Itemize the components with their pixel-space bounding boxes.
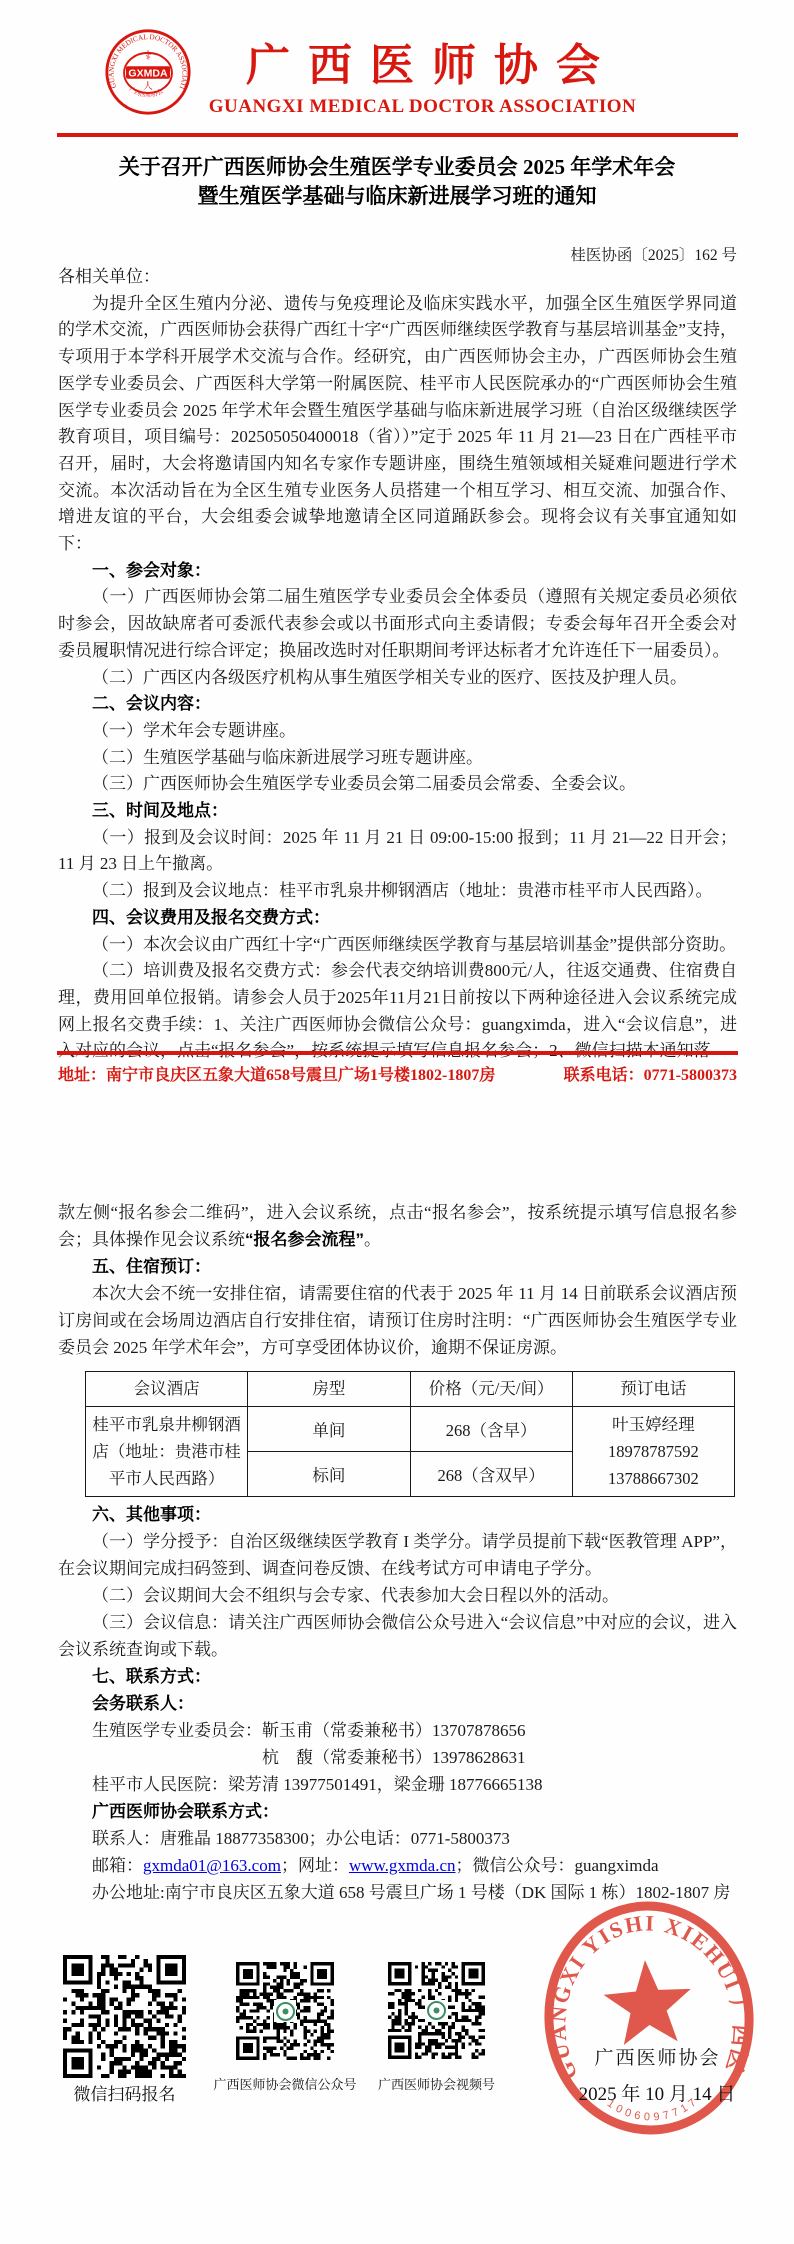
page2-body: 款左侧“报名参会二维码”，进入会议系统，点击“报名参会”，按系统提示填写信息报名… (58, 1199, 737, 1906)
section7-heading: 七、联系方式： (58, 1663, 737, 1690)
section6-item2: （二）会议期间大会不组织与会专家、代表参加大会日程以外的活动。 (58, 1582, 737, 1609)
section4-item2-part1: （二）培训费及报名交费方式：参会代表交纳培训费800元/人，往返交通费、住宿费自… (58, 958, 737, 1065)
contact-line3: 桂平市人民医院：梁芳清 13977501491，梁金珊 18776665138 (58, 1771, 737, 1798)
footer-divider (57, 1051, 738, 1055)
section5-paragraph: 本次大会不统一安排住宿，请需要住宿的代表于 2025 年 11 月 14 日前联… (58, 1280, 737, 1361)
table-header-row: 会议酒店 房型 价格（元/天/间） 预订电话 (86, 1372, 735, 1407)
qr-code-signup (63, 1955, 186, 2078)
section5-heading: 五、住宿预订： (58, 1253, 737, 1280)
contact-line4: 联系人：唐雅晶 18877358300；办公电话：0771-5800373 (58, 1825, 737, 1852)
section6-heading: 六、其他事项： (58, 1501, 737, 1528)
section6-item1: （一）学分授予：自治区级继续医学教育 I 类学分。请学员提前下载“医教管理 AP… (58, 1528, 737, 1582)
footer-address: 地址：南宁市良庆区五象大道658号震旦广场1号楼1802-1807房 (58, 1062, 495, 1085)
contact-sub2: 广西医师协会联系方式： (58, 1798, 737, 1825)
contact-line1: 生殖医学专业委员会：靳玉甫（常委兼秘书）13707878656 (58, 1717, 737, 1744)
caduceus-icon: ⚕ (145, 49, 152, 63)
booking-phone-cell: 叶玉婷经理 18978787592 13788667302 (572, 1407, 734, 1497)
logo-acronym: GXMDA (128, 67, 168, 79)
signature-org: 广西医师协会 (555, 2043, 760, 2070)
hotel-table: 会议酒店 房型 价格（元/天/间） 预订电话 桂平市乳泉井柳钢酒店（地址：贵港市… (85, 1371, 735, 1497)
website-label: ；网址： (281, 1856, 349, 1875)
section3-item1: （一）报到及会议时间：2025 年 11 月 21 日 09:00-15:00 … (58, 825, 737, 878)
table-row: 桂平市乳泉井柳钢酒店（地址：贵港市桂平市人民西路） 单间 268（含早） 叶玉婷… (86, 1407, 735, 1452)
col-header-room-type: 房型 (248, 1372, 410, 1407)
qr-code-video-channel (388, 1962, 485, 2059)
section1-item2: （二）广西区内各级医疗机构从事生殖医学相关专业的医疗、医技及护理人员。 (58, 665, 737, 692)
contact-sub1: 会务联系人： (58, 1690, 737, 1717)
qr-code-wechat-official (236, 1962, 334, 2060)
section2-heading: 二、会议内容： (58, 691, 737, 718)
price-cell: 268（含早） (410, 1407, 572, 1452)
section4-item2-part2: 款左侧“报名参会二维码”，进入会议系统，点击“报名参会”，按系统提示填写信息报名… (58, 1199, 737, 1253)
page1-footer: 地址：南宁市良庆区五象大道658号震旦广场1号楼1802-1807房 联系电话：… (58, 1062, 737, 1085)
document-number: 桂医协函〔2025〕162 号 (0, 243, 737, 265)
website-link[interactable]: www.gxmda.cn (349, 1856, 456, 1875)
salutation: 各相关单位： (58, 264, 737, 291)
signup-flow-bold: “报名参会流程” (245, 1230, 364, 1249)
letterhead-divider (57, 133, 738, 137)
booking-phone-2: 13788667302 (577, 1465, 730, 1492)
col-header-hotel: 会议酒店 (86, 1372, 248, 1407)
section1-item1: （一）广西医师协会第二届生殖医学专业委员会全体委员（遵照有关规定委员必须依时参会… (58, 584, 737, 664)
notice-title-line1: 关于召开广西医师协会生殖医学专业委员会 2025 年学术年会 (0, 153, 794, 182)
section4-heading: 四、会议费用及报名交费方式： (58, 905, 737, 932)
col-header-phone: 预订电话 (572, 1372, 734, 1407)
room-type-cell: 标间 (248, 1452, 410, 1497)
notice-document-page: GUANGXI MEDICAL DOCTOR ASSOCIATION 广西医师协… (0, 0, 794, 2244)
person-glyph: 人 (143, 80, 153, 92)
section2-item2: （二）生殖医学基础与临床新进展学习班专题讲座。 (58, 745, 737, 772)
intro-paragraph: 为提升全区生殖内分泌、遗传与免疫理论及临床实践水平，加强全区生殖医学界同道的学术… (58, 291, 737, 558)
notice-title-line2: 暨生殖医学基础与临床新进展学习班的通知 (0, 182, 794, 211)
seal-star-icon (601, 1957, 694, 2046)
col-header-price: 价格（元/天/间） (410, 1372, 572, 1407)
gxmda-mini-logo (274, 2000, 296, 2022)
price-cell: 268（含双早） (410, 1452, 572, 1497)
contact-line5: 邮箱：gxmda01@163.com；网址：www.gxmda.cn；微信公众号… (58, 1852, 737, 1879)
section3-heading: 三、时间及地点： (58, 798, 737, 825)
booking-manager: 叶玉婷经理 (577, 1411, 730, 1438)
qr-caption-signup: 微信扫码报名 (46, 2080, 203, 2105)
fees-continuation-text: 款左侧“报名参会二维码”，进入会议系统，点击“报名参会”，按系统提示填写信息报名… (58, 1203, 737, 1249)
room-type-cell: 单间 (248, 1407, 410, 1452)
official-seal: GUANGXI YISHI XIEHUI 广西医师协会 1006097717 (532, 1891, 766, 2146)
org-name-chinese: 广西医师协会 (197, 38, 649, 94)
email-label: 邮箱： (92, 1856, 143, 1875)
section2-item3: （三）广西医师协会生殖医学专业委员会第二届委员会常委、全委会议。 (58, 771, 737, 798)
contact-line2: 杭 馥（常委兼秘书）13978628631 (262, 1744, 737, 1771)
qr-caption-wechat: 广西医师协会微信公众号 (204, 2074, 366, 2093)
section6-item3: （三）会议信息：请关注广西医师协会微信公众号进入“会议信息”中对应的会议，进入会… (58, 1609, 737, 1663)
section1-heading: 一、参会对象： (58, 558, 737, 585)
page1-body: 各相关单位： 为提升全区生殖内分泌、遗传与免疫理论及临床实践水平，加强全区生殖医… (58, 264, 737, 1065)
hotel-name-cell: 桂平市乳泉井柳钢酒店（地址：贵港市桂平市人民西路） (86, 1407, 248, 1497)
qr-caption-video: 广西医师协会视频号 (358, 2074, 515, 2093)
email-link[interactable]: gxmda01@163.com (143, 1856, 281, 1875)
wechat-account-text: ；微信公众号：guangximda (456, 1856, 659, 1875)
fees-continuation-end: 。 (364, 1230, 381, 1249)
org-name-english: GUANGXI MEDICAL DOCTOR ASSOCIATION (150, 96, 695, 118)
section2-item1: （一）学术年会专题讲座。 (58, 718, 737, 745)
gxmda-mini-logo (426, 2000, 448, 2022)
booking-phone-1: 18978787592 (577, 1438, 730, 1465)
section3-item2: （二）报到及会议地点：桂平市乳泉井柳钢酒店（地址：贵港市桂平市人民西路）。 (58, 878, 737, 905)
notice-title: 关于召开广西医师协会生殖医学专业委员会 2025 年学术年会 暨生殖医学基础与临… (0, 153, 794, 211)
section4-item1: （一）本次会议由广西红十字“广西医师继续医学教育与基层培训基金”提供部分资助。 (58, 932, 737, 959)
footer-phone: 联系电话：0771-5800373 (564, 1062, 737, 1085)
signature-date: 2025 年 10 月 14 日 (543, 2079, 771, 2106)
